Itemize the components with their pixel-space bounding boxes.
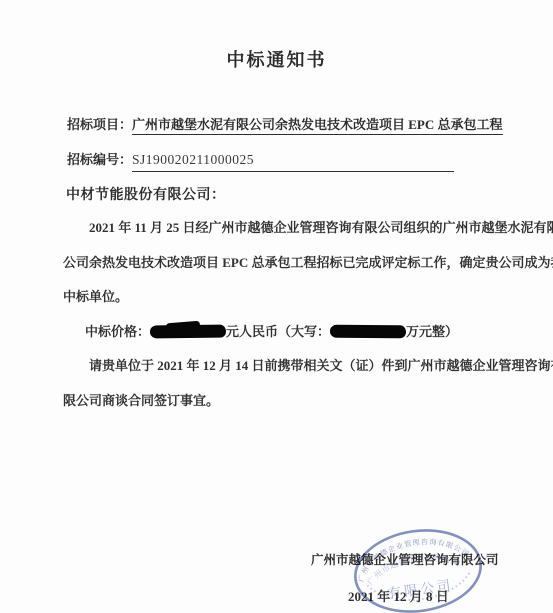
company-seal-stamp: 广州市越德企业管理咨询有限公司 广州市越德企业管理咨询 有限公司 <box>350 526 486 613</box>
paragraph2-line2: 限公司商谈合同签订事宜。 <box>63 384 523 419</box>
recipient-salutation: 中材节能股份有限公司： <box>66 184 226 204</box>
paragraph1-line1: 2021 年 11 月 25 日经广州市越德企业管理咨询有限公司组织的广州市越堡… <box>63 211 523 246</box>
price-middle: 元人民币（大写： <box>226 324 330 339</box>
paragraph2-line1: 请贵单位于 2021 年 12 月 14 日前携带相关文（证）件到广州市越德企业… <box>63 349 523 384</box>
paragraph1-line3: 中标单位。 <box>63 280 523 315</box>
field-tender-number: 招标编号：SJ190020211000025 <box>67 149 454 172</box>
document-body: 2021 年 11 月 25 日经广州市越德企业管理咨询有限公司组织的广州市越堡… <box>63 211 523 419</box>
tender-number-value: SJ190020211000025 <box>132 152 454 172</box>
seal-center-text: 有限公司 <box>387 577 454 601</box>
field-tender-project: 招标项目：广州市越堡水泥有限公司余热发电技术改造项目 EPC 总承包工程 <box>67 114 503 133</box>
price-suffix: 万元整） <box>406 324 458 339</box>
paragraph1-line2: 公司余热发电技术改造项目 EPC 总承包工程招标已完成评定标工作，确定贵公司成为… <box>63 246 523 281</box>
tender-number-label: 招标编号： <box>67 152 132 167</box>
price-label: 中标价格： <box>85 324 150 339</box>
scanned-document-page: 中标通知书 招标项目：广州市越堡水泥有限公司余热发电技术改造项目 EPC 总承包… <box>0 0 553 613</box>
tender-project-label: 招标项目： <box>67 117 132 132</box>
redaction-bar-amount-caps <box>330 325 406 339</box>
price-line: 中标价格：元人民币（大写：万元整） <box>63 315 523 350</box>
redaction-bar-amount <box>150 324 226 338</box>
tender-project-value: 广州市越堡水泥有限公司余热发电技术改造项目 EPC 总承包工程 <box>132 117 503 135</box>
document-title: 中标通知书 <box>0 46 553 72</box>
